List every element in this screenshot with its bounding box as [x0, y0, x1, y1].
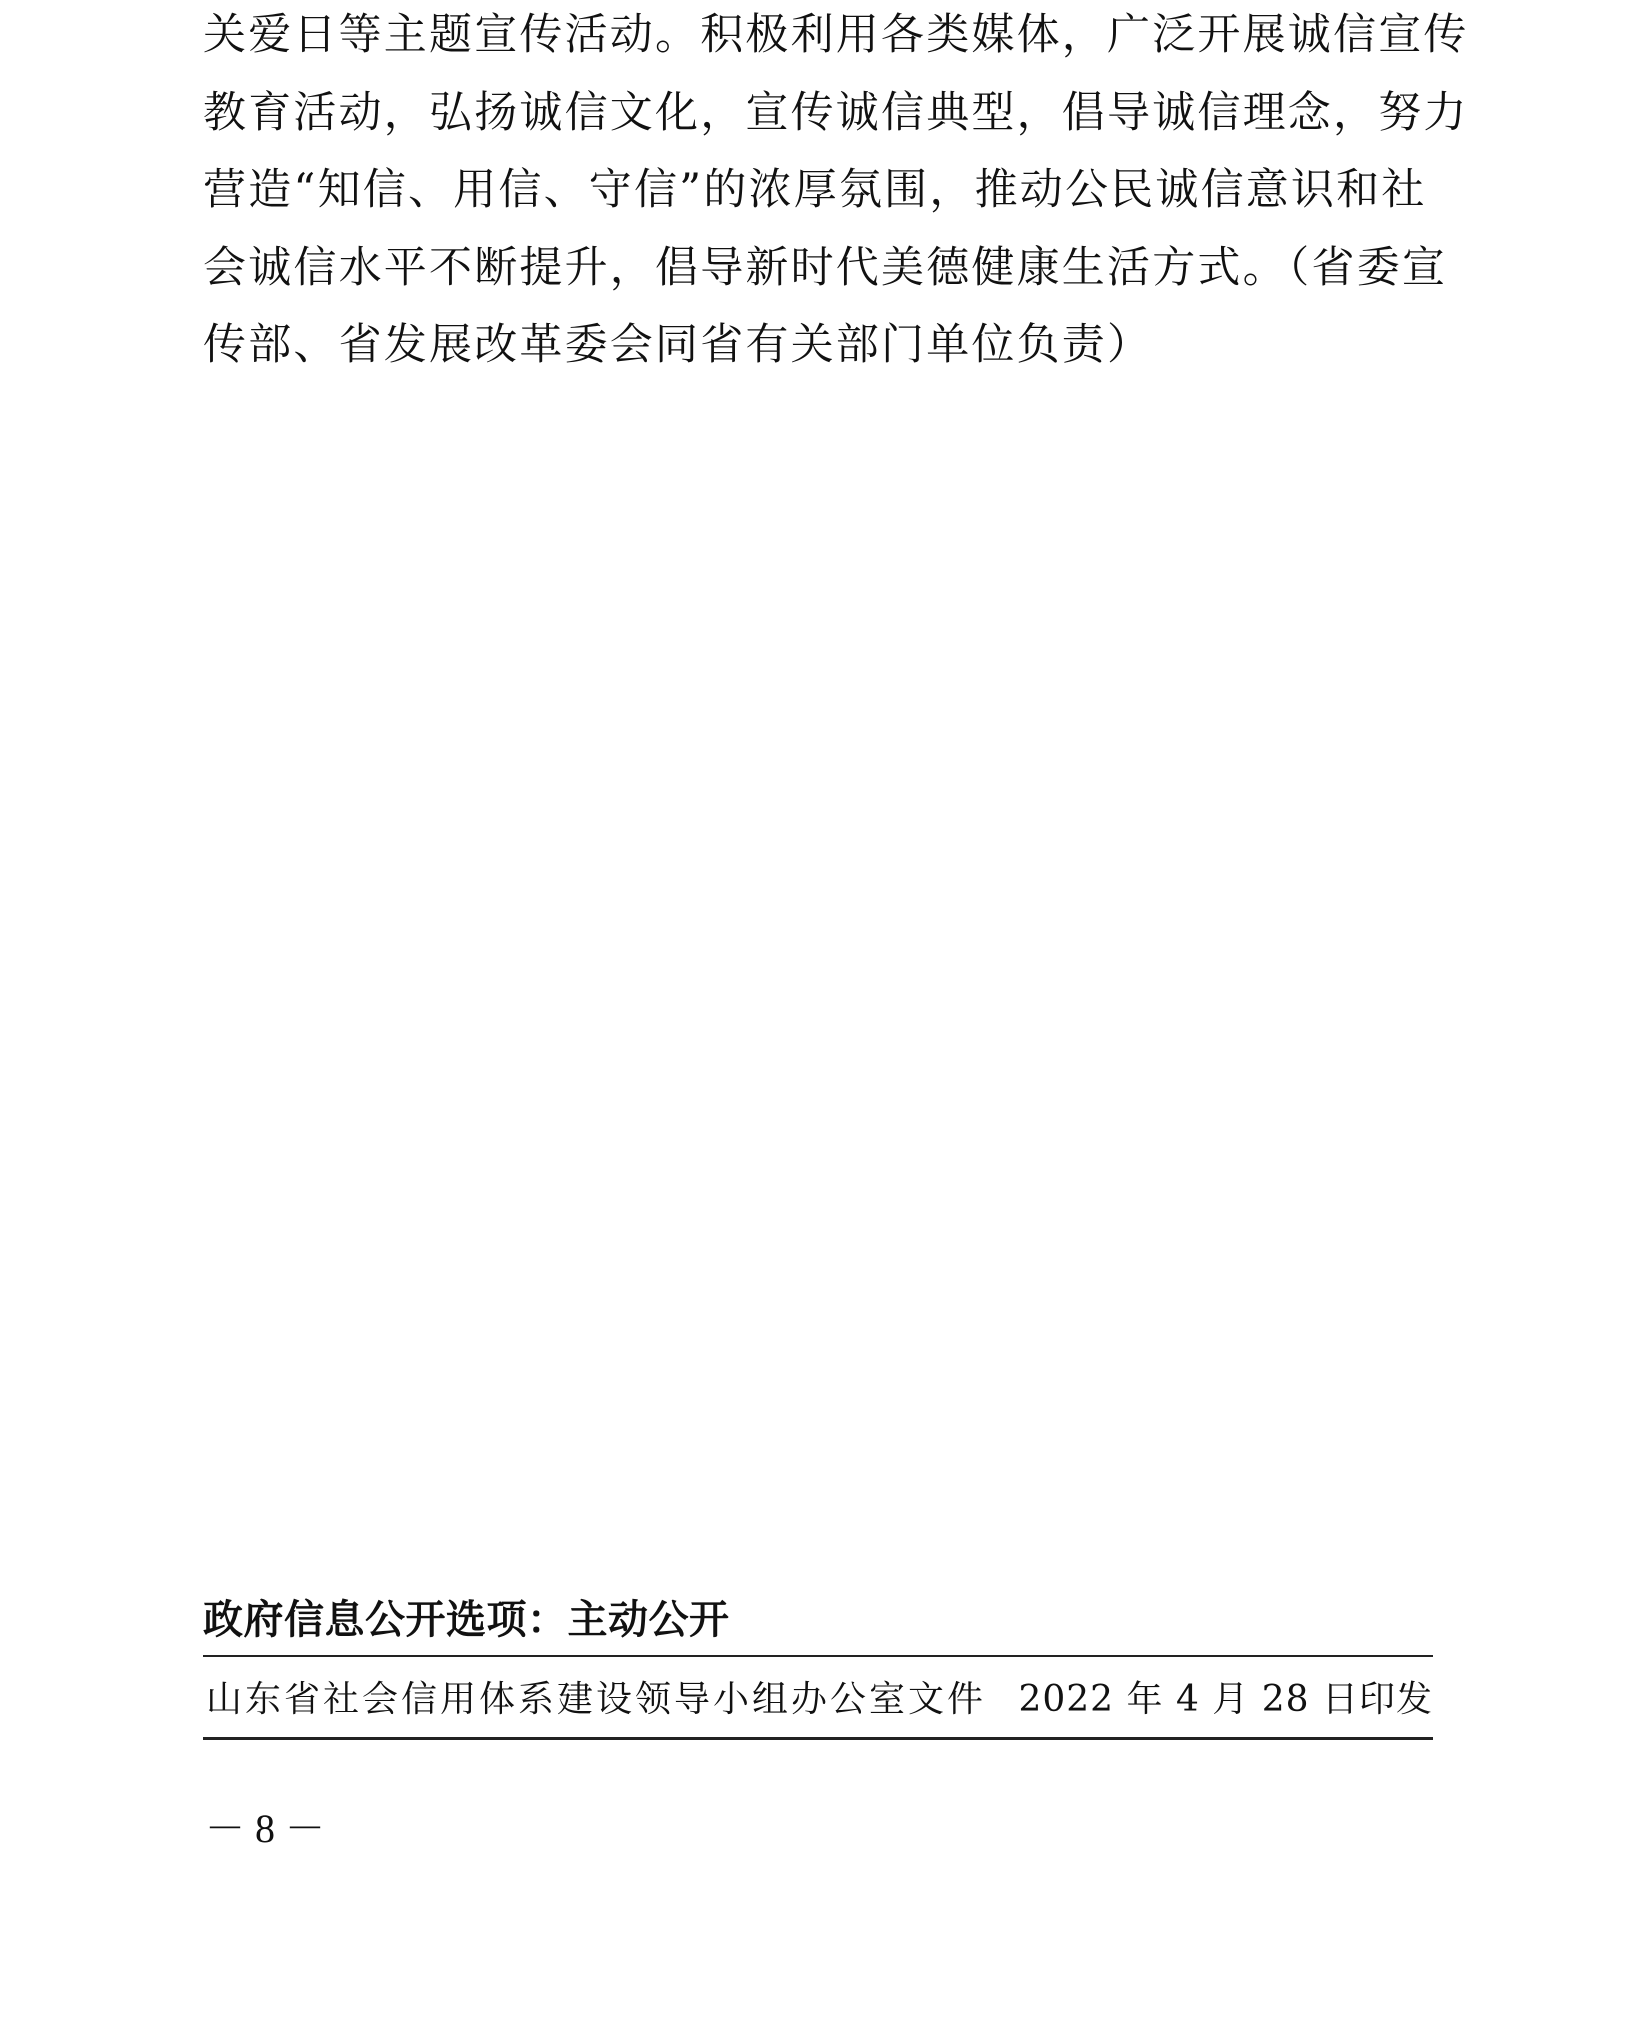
- issue-date: 2022 年 4 月 28 日印发: [1018, 1670, 1433, 1730]
- body-line: 关爱日等主题宣传活动。积极利用各类媒体，广泛开展诚信宣传: [203, 0, 1435, 75]
- body-line: 教育活动，弘扬诚信文化，宣传诚信典型，倡导诚信理念，努力: [203, 75, 1435, 153]
- issuing-office: 山东省社会信用体系建设领导小组办公室文件: [206, 1670, 986, 1730]
- imprint-top-rule: [203, 1655, 1433, 1657]
- body-line: 会诚信水平不断提升，倡导新时代美德健康生活方式。（省委宣: [203, 230, 1435, 308]
- body-paragraph: 关爱日等主题宣传活动。积极利用各类媒体，广泛开展诚信宣传 教育活动，弘扬诚信文化…: [203, 0, 1435, 385]
- body-line: 营造“知信、用信、守信”的浓厚氛围，推动公民诚信意识和社: [203, 152, 1435, 230]
- body-line: 传部、省发展改革委会同省有关部门单位负责）: [203, 307, 1435, 385]
- disclosure-option: 政府信息公开选项：主动公开: [203, 1592, 730, 1648]
- page-number: － 8 －: [205, 1804, 325, 1854]
- imprint-line: 山东省社会信用体系建设领导小组办公室文件 2022 年 4 月 28 日印发: [203, 1670, 1433, 1730]
- imprint-bottom-rule: [203, 1737, 1433, 1740]
